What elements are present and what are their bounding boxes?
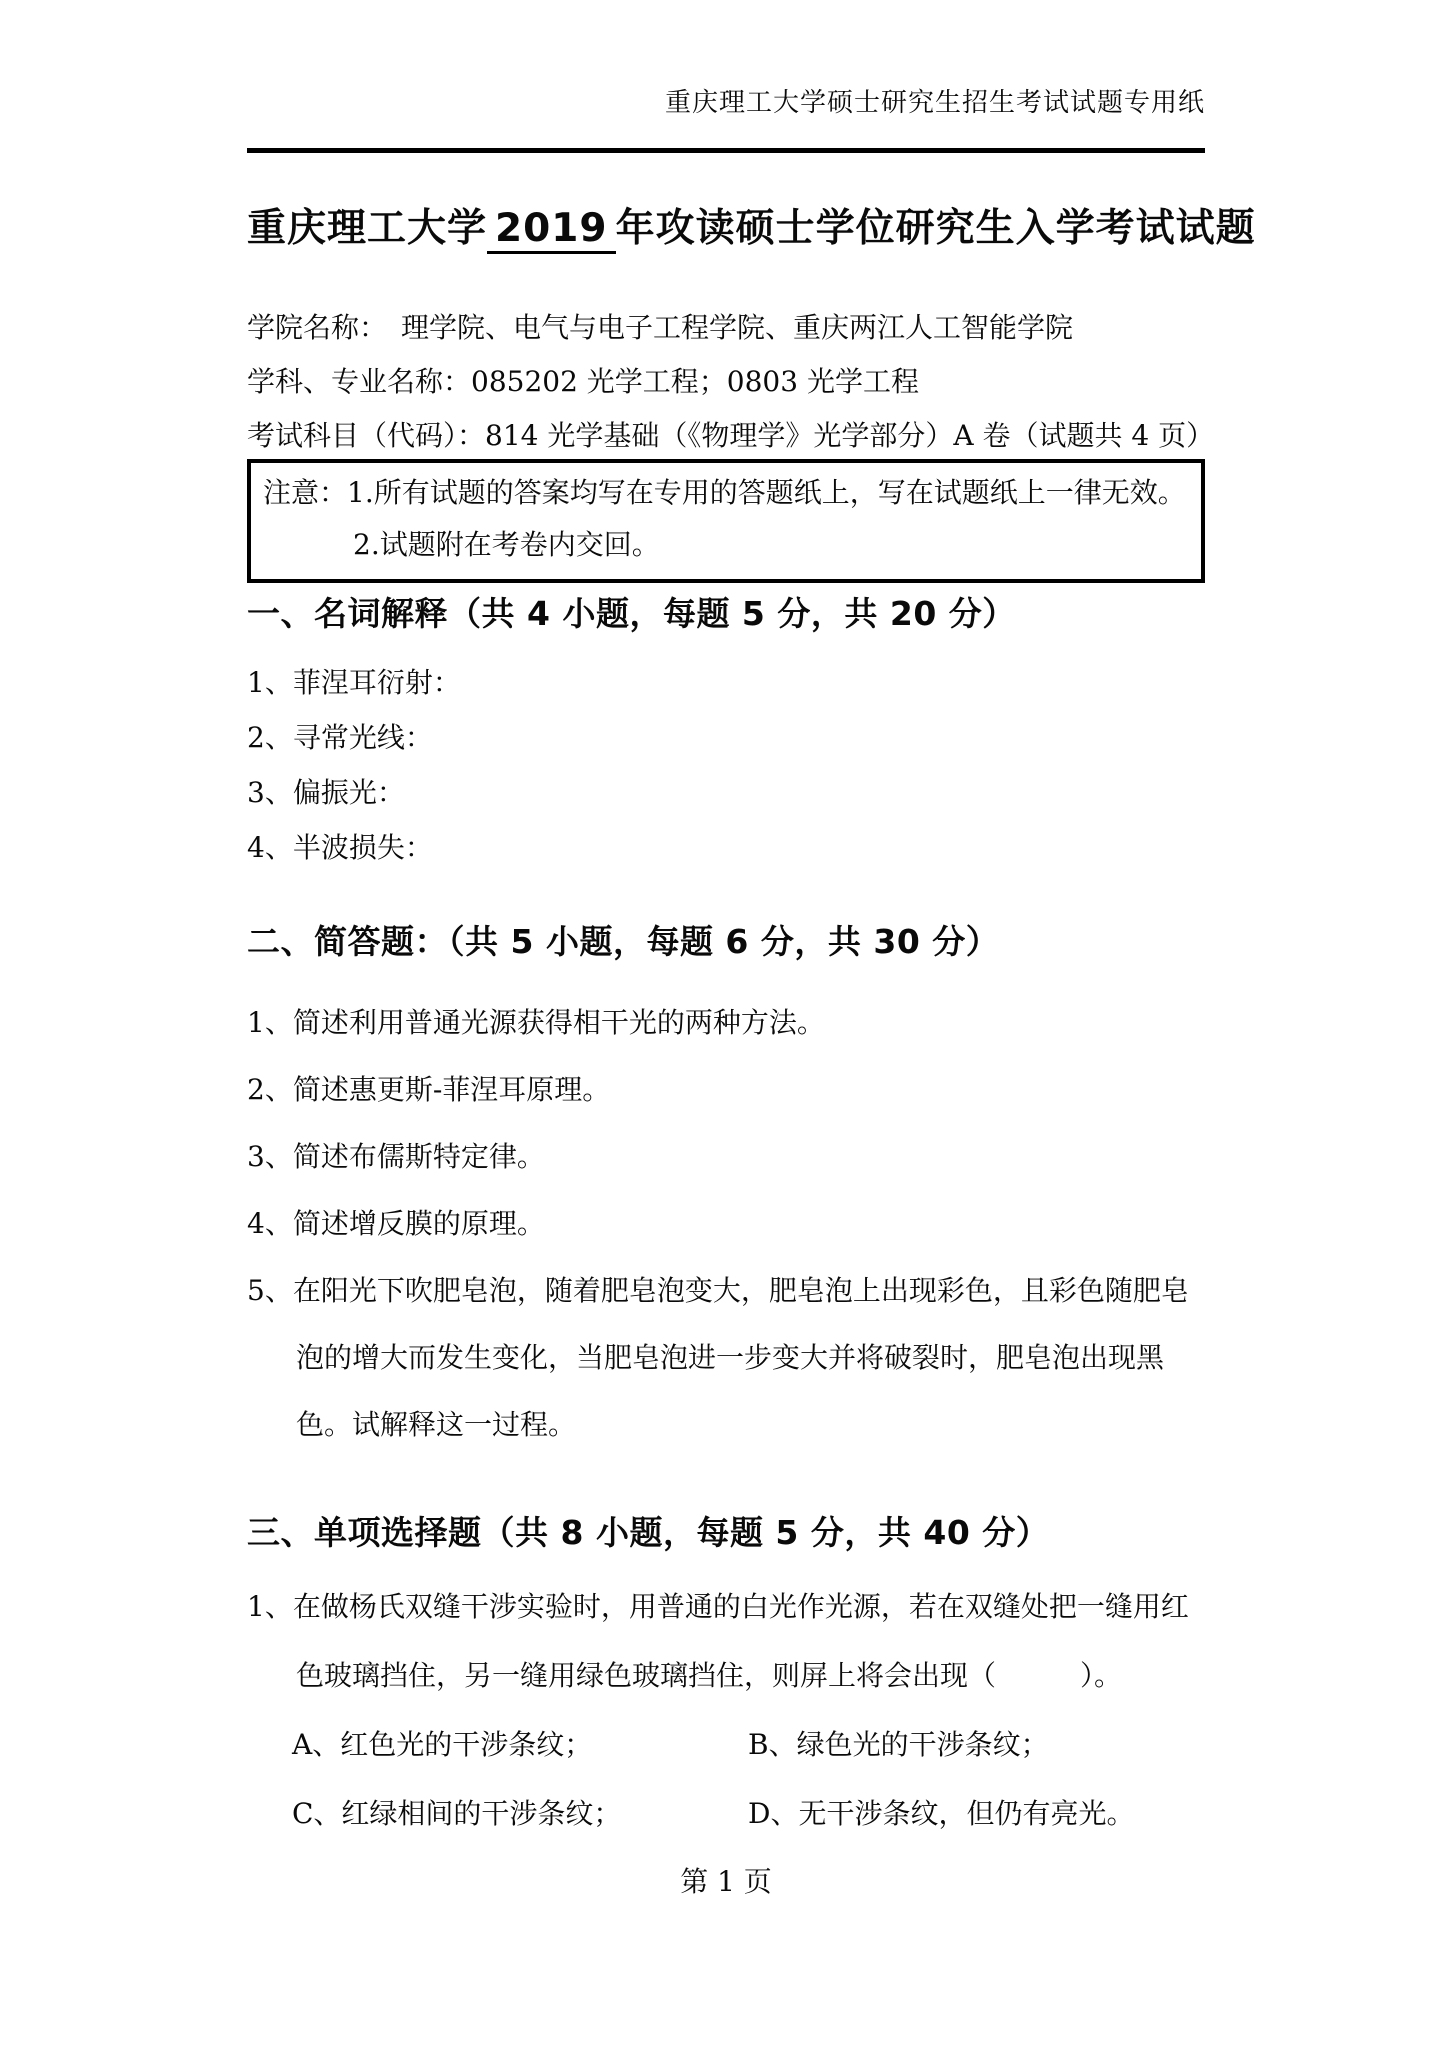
section-1-heading: 一、名词解释（共 4 小题，每题 5 分，共 20 分） [247,591,1205,637]
info-line-subject: 考试科目（代码）：814 光学基础（《物理学》光学部分）A 卷（试题共 4 页） [247,409,1205,463]
choice-option-c: C、红绿相间的干涉条纹； [292,1779,748,1848]
question-item: 1、简述利用普通光源获得相干光的两种方法。 [247,989,1205,1056]
exam-title-prefix: 重庆理工大学 [247,206,487,251]
notice-line-1: 注意：1.所有试题的答案均写在专用的答题纸上，写在试题纸上一律无效。 [263,467,1189,519]
question-item: 4、半波损失： [247,820,1205,875]
exam-info-block: 学院名称： 理学院、电气与电子工程学院、重庆两江人工智能学院 学科、专业名称：0… [247,301,1205,463]
notice-box: 注意：1.所有试题的答案均写在专用的答题纸上，写在试题纸上一律无效。 2.试题附… [247,459,1205,583]
notice-line-2: 2.试题附在考卷内交回。 [263,519,1189,571]
exam-title-suffix: 年攻读硕士学位研究生入学考试试题 [616,206,1256,251]
question-item: 1、菲涅耳衍射： [247,655,1205,710]
question-item: 1、在做杨氏双缝干涉实验时，用普通的白光作光源，若在双缝处把一缝用红色玻璃挡住，… [247,1572,1205,1710]
choice-options: A、红色光的干涉条纹； B、绿色光的干涉条纹； C、红绿相间的干涉条纹； D、无… [292,1710,1205,1848]
question-item: 3、偏振光： [247,765,1205,820]
page-footer: 第 1 页 [247,1862,1205,1902]
question-item: 5、在阳光下吹肥皂泡，随着肥皂泡变大，肥皂泡上出现彩色，且彩色随肥皂泡的增大而发… [247,1257,1205,1458]
info-line-college: 学院名称： 理学院、电气与电子工程学院、重庆两江人工智能学院 [247,301,1205,355]
exam-title: 重庆理工大学2019年攻读硕士学位研究生入学考试试题 [247,203,1205,255]
section-2-heading: 二、简答题：（共 5 小题，每题 6 分，共 30 分） [247,919,1205,965]
question-item: 3、简述布儒斯特定律。 [247,1123,1205,1190]
section-1-items: 1、菲涅耳衍射： 2、寻常光线： 3、偏振光： 4、半波损失： [247,655,1205,875]
choice-option-a: A、红色光的干涉条纹； [292,1710,748,1779]
page-content: 重庆理工大学硕士研究生招生考试试题专用纸 重庆理工大学2019年攻读硕士学位研究… [0,86,1449,1902]
section-3-items: 1、在做杨氏双缝干涉实验时，用普通的白光作光源，若在双缝处把一缝用红色玻璃挡住，… [247,1572,1205,1710]
section-3-heading: 三、单项选择题（共 8 小题，每题 5 分，共 40 分） [247,1510,1205,1556]
question-item: 2、寻常光线： [247,710,1205,765]
choice-option-b: B、绿色光的干涉条纹； [748,1710,1205,1779]
paper-header-note: 重庆理工大学硕士研究生招生考试试题专用纸 [247,86,1205,120]
exam-page: 重庆理工大学硕士研究生招生考试试题专用纸 重庆理工大学2019年攻读硕士学位研究… [0,0,1449,2046]
exam-title-year: 2019 [487,206,616,254]
section-2-items: 1、简述利用普通光源获得相干光的两种方法。 2、简述惠更斯-菲涅耳原理。 3、简… [247,989,1205,1458]
header-rule [247,148,1205,153]
choice-option-d: D、无干涉条纹，但仍有亮光。 [748,1779,1205,1848]
question-item: 2、简述惠更斯-菲涅耳原理。 [247,1056,1205,1123]
question-item: 4、简述增反膜的原理。 [247,1190,1205,1257]
info-line-major: 学科、专业名称：085202 光学工程；0803 光学工程 [247,355,1205,409]
